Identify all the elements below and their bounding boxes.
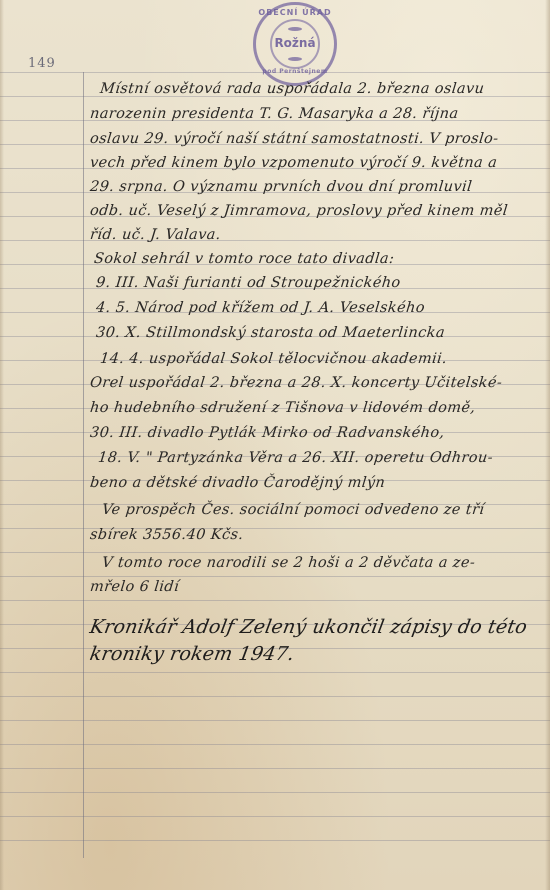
text-line: 30. X. Stillmondský starosta od Maeterli… [95, 325, 446, 341]
text-line: 29. srpna. O významu prvních dvou dní pr… [89, 179, 473, 195]
signature-line-2: kroniky rokem 1947. [88, 643, 296, 665]
text-line: Ve prospěch Čes. sociální pomoci odveden… [101, 502, 485, 518]
stamp-bottom-text: pod Pernštejnem [256, 68, 334, 75]
text-line: vech před kinem bylo vzpomenuto výročí 9… [89, 155, 498, 171]
page-edge-left [0, 0, 4, 890]
text-line: 18. V. " Partyzánka Věra a 26. XII. oper… [97, 450, 494, 466]
stamp-top-text: OBECNÍ ÚŘAD [256, 8, 334, 17]
text-line: beno a dětské divadlo Čarodějný mlýn [89, 475, 386, 491]
page-edge-right [545, 0, 550, 890]
signature-line-1: Kronikář Adolf Zelený ukončil zápisy do … [88, 616, 529, 638]
chronicle-page: 149 OBECNÍ ÚŘAD Rožná pod Pernštejnem Mí… [0, 0, 550, 890]
stamp-ornament-icon [288, 57, 302, 61]
text-line: říd. uč. J. Valava. [89, 227, 221, 243]
text-line: V tomto roce narodili se 2 hoši a 2 děvč… [101, 555, 476, 571]
text-line: sbírek 3556.40 Kčs. [89, 527, 244, 543]
text-line: oslavu 29. výročí naší státní samostatno… [89, 131, 499, 147]
text-line: Sokol sehrál v tomto roce tato divadla: [93, 251, 395, 267]
text-line: 14. 4. uspořádal Sokol tělocvičnou akade… [99, 351, 448, 367]
text-line: 30. III. divadlo Pytlák Mirko od Radvans… [89, 425, 445, 441]
text-line: narozenin presidenta T. G. Masaryka a 28… [89, 106, 459, 122]
text-line: 9. III. Naši furianti od Stroupežnického [95, 275, 401, 291]
text-line: Místní osvětová rada uspořádala 2. březn… [99, 81, 485, 97]
text-line: Orel uspořádal 2. března a 28. X. koncer… [89, 375, 503, 391]
stamp-center-text: Rožná [256, 36, 334, 50]
text-line: odb. uč. Veselý z Jimramova, proslovy př… [89, 203, 509, 219]
margin-line [83, 72, 84, 858]
text-line: 4. 5. Národ pod křížem od J. A. Veselské… [95, 300, 426, 316]
text-line: mřelo 6 lidí [89, 579, 180, 595]
municipal-stamp: OBECNÍ ÚŘAD Rožná pod Pernštejnem [253, 2, 337, 86]
page-number: 149 [28, 56, 56, 71]
text-line: ho hudebního sdružení z Tišnova v lidové… [89, 400, 476, 416]
